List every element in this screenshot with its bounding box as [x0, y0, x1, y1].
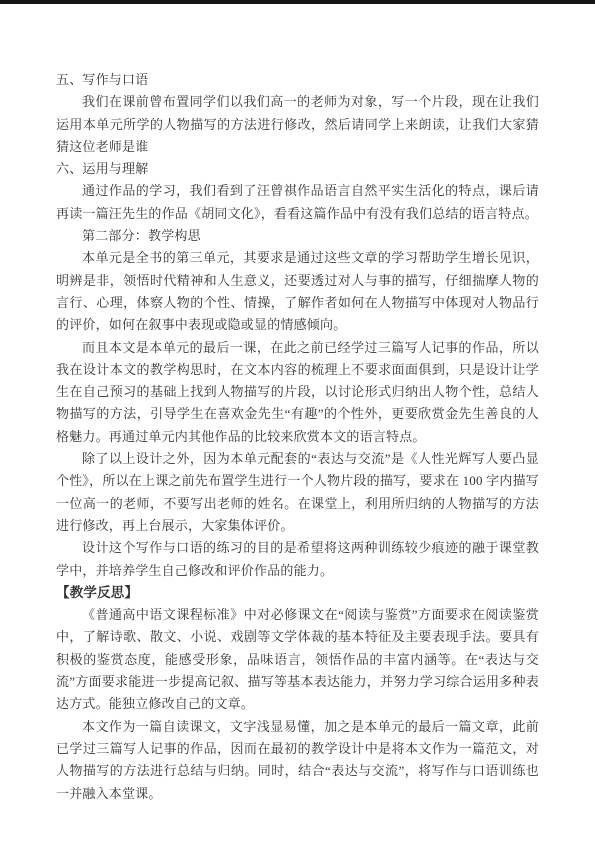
- document-content: 五、写作与口语 我们在课前曾布置同学们以我们高一的老师为对象，写一个片段，现在让…: [56, 69, 539, 805]
- scan-top-edge-artifact: [0, 0, 595, 4]
- heading-teaching-reflection: 【教学反思】: [56, 582, 539, 604]
- para-writing-task: 我们在课前曾布置同学们以我们高一的老师为对象，写一个片段，现在让我们运用本单元所…: [56, 91, 539, 158]
- heading-writing-and-speaking: 五、写作与口语: [56, 69, 539, 91]
- para-self-reading-text: 本文作为一篇自读课文，文字浅显易懂，加之是本单元的最后一篇文章，此前已学过三篇写…: [56, 716, 539, 805]
- document-page: 五、写作与口语 我们在课前曾布置同学们以我们高一的老师为对象，写一个片段，现在让…: [0, 0, 595, 841]
- para-curriculum-standard: 《普通高中语文课程标准》中对必修课文在“阅读与鉴赏”方面要求在阅读鉴赏中，了解诗…: [56, 604, 539, 715]
- para-exercise-purpose: 设计这个写作与口语的练习的目的是希望将这两种训练较少痕迹的融于课堂教学中，并培养…: [56, 537, 539, 582]
- heading-application-and-understanding: 六、运用与理解: [56, 158, 539, 180]
- para-lesson-design: 而且本文是本单元的最后一课，在此之前已经学过三篇写人记事的作品，所以我在设计本文…: [56, 337, 539, 448]
- para-unit-overview: 本单元是全书的第三单元，其要求是通过这些文章的学习帮助学生增长见识，明辨是非，领…: [56, 247, 539, 336]
- para-wang-zengqi-reading: 通过作品的学习，我们看到了汪曾祺作品语言自然平实生活化的特点，课后请再读一篇汪先…: [56, 180, 539, 225]
- para-expression-exchange-task: 除了以上设计之外，因为本单元配套的“表达与交流”是《人性光辉写人要凸显个性》，所…: [56, 448, 539, 537]
- subheading-part2-teaching-concept: 第二部分：教学构思: [56, 225, 539, 247]
